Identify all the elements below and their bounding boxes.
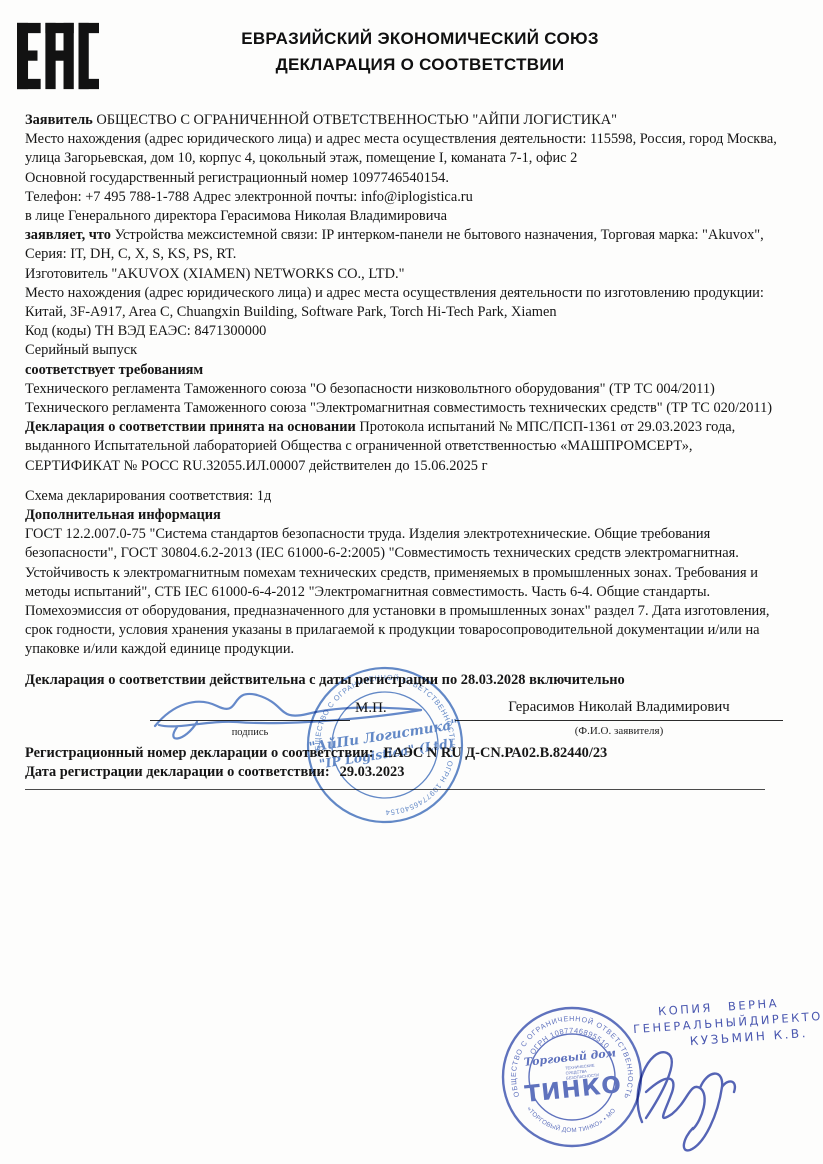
complies-label: соответствует требованиям: [25, 362, 203, 378]
applicant-label: Заявитель: [25, 112, 93, 128]
union-title: ЕВРАЗИЙСКИЙ ЭКОНОМИЧЕСКИЙ СОЮЗ: [80, 26, 760, 52]
para-ogrn: Основной государственный регистрационный…: [25, 169, 783, 188]
para-scheme: Схема декларирования соответствия: 1д: [25, 487, 783, 506]
para-serial: Серийный выпуск: [25, 341, 783, 360]
para-address: Место нахождения (адрес юридического лиц…: [25, 130, 783, 168]
para-manufacturer: Изготовитель "AKUVOX (XIAMEN) NETWORKS C…: [25, 265, 783, 284]
name-line: [455, 720, 783, 721]
signer-name: Герасимов Николай Владимирович: [455, 698, 783, 717]
basis-label: Декларация о соответствии принята на осн…: [25, 419, 356, 435]
para-declares: заявляет, что Устройства межсистемной св…: [25, 226, 783, 264]
line-text: Место нахождения (адрес юридического лиц…: [25, 285, 764, 320]
para-tnved-code: Код (коды) ТН ВЭД ЕАЭС: 8471300000: [25, 322, 783, 341]
applicant-name: ОБЩЕСТВО С ОГРАНИЧЕННОЙ ОТВЕТСТВЕННОСТЬЮ…: [93, 112, 617, 128]
line-text: Телефон: +7 495 788-1-788 Адрес электрон…: [25, 189, 473, 205]
declares-label: заявляет, что: [25, 227, 111, 243]
line-text: Изготовитель "AKUVOX (XIAMEN) NETWORKS C…: [25, 266, 404, 282]
product-description: Устройства межсистемной связи: IP интерк…: [25, 227, 764, 262]
line-text: ГОСТ 12.2.007.0-75 "Система стандартов б…: [25, 526, 769, 657]
additional-label: Дополнительная информация: [25, 507, 221, 523]
document-body: Заявитель ОБЩЕСТВО С ОГРАНИЧЕННОЙ ОТВЕТС…: [25, 111, 783, 790]
document-header: ЕВРАЗИЙСКИЙ ЭКОНОМИЧЕСКИЙ СОЮЗ ДЕКЛАРАЦИ…: [80, 26, 760, 78]
para-gost-standards: ГОСТ 12.2.007.0-75 "Система стандартов б…: [25, 525, 783, 659]
para-tr-ts-020: Технического регламента Таможенного союз…: [25, 399, 783, 418]
line-text: в лице Генерального директора Герасимова…: [25, 208, 447, 224]
para-basis: Декларация о соответствии принята на осн…: [25, 418, 783, 476]
document-title: ДЕКЛАРАЦИЯ О СООТВЕТСТВИИ: [80, 52, 760, 78]
name-caption: (Ф.И.О. заявителя): [455, 722, 783, 741]
line-text: Технического регламента Таможенного союз…: [25, 400, 772, 416]
para-manufacturer-address: Место нахождения (адрес юридического лиц…: [25, 284, 783, 322]
applicant-signature: [135, 666, 435, 751]
para-applicant: Заявитель ОБЩЕСТВО С ОГРАНИЧЕННОЙ ОТВЕТС…: [25, 111, 783, 130]
para-director: в лице Генерального директора Герасимова…: [25, 207, 783, 226]
declaration-document-page: ЕВРАЗИЙСКИЙ ЭКОНОМИЧЕСКИЙ СОЮЗ ДЕКЛАРАЦИ…: [0, 0, 823, 1164]
signature-block: подпись М.П. Герасимов Николай Владимиро…: [25, 692, 783, 744]
line-text: Основной государственный регистрационный…: [25, 170, 449, 186]
line-text: Схема декларирования соответствия: 1д: [25, 488, 271, 504]
line-text: Технического регламента Таможенного союз…: [25, 381, 715, 397]
reg-date-label: Дата регистрации декларации о соответств…: [25, 764, 330, 780]
para-additional-heading: Дополнительная информация: [25, 506, 783, 525]
line-text: Код (коды) ТН ВЭД ЕАЭС: 8471300000: [25, 323, 266, 339]
para-contacts: Телефон: +7 495 788-1-788 Адрес электрон…: [25, 188, 783, 207]
line-text: Место нахождения (адрес юридического лиц…: [25, 131, 777, 166]
line-text: Серийный выпуск: [25, 342, 137, 358]
para-tr-ts-004: Технического регламента Таможенного союз…: [25, 380, 783, 399]
director-signature: [610, 1022, 785, 1157]
para-complies-heading: соответствует требованиям: [25, 361, 783, 380]
